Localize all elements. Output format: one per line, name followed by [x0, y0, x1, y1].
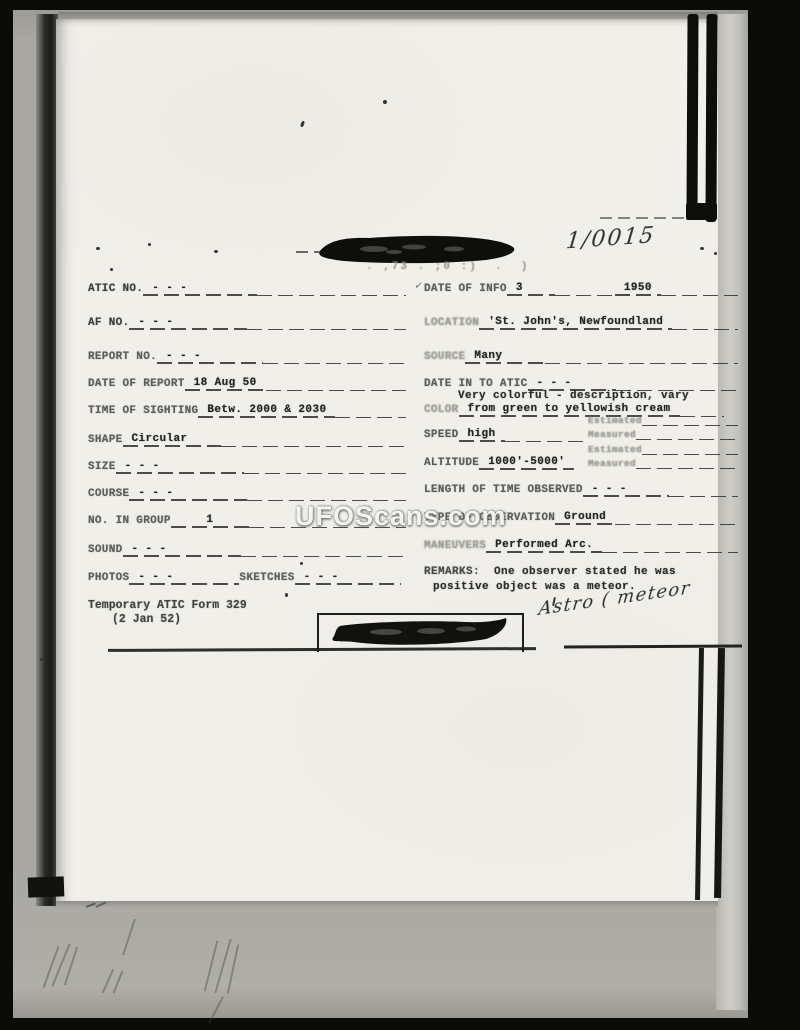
binder-mark-top-join: [686, 203, 717, 220]
field-underline: - - -: [143, 281, 257, 296]
binder-mark-top-left-bar: [686, 14, 698, 218]
page-bottom-edge-shadow: [56, 901, 718, 907]
form-name-line2: (2 Jan 52): [112, 612, 181, 627]
field-time-of-sighting: TIME OF SIGHTING Betw. 2000 & 2030: [88, 403, 406, 418]
binder-mark-top-right-bar: [705, 14, 717, 222]
field-label: ATIC NO.: [88, 282, 143, 296]
field-shape: SHAPE Circular: [88, 432, 406, 447]
field-location: LOCATION 'St. John's, Newfoundland: [424, 315, 738, 330]
corner-ink-mark: [28, 876, 65, 897]
qualifier-measured-1: Measured: [588, 428, 738, 440]
field-photos-sketches: PHOTOS - - - SKETCHES - - -: [88, 570, 406, 585]
check-mark: ✓: [414, 278, 423, 294]
remarks-line1: One observer stated he was: [494, 565, 676, 579]
field-speed: SPEED high: [424, 427, 589, 442]
qualifier-measured-2: Measured: [588, 457, 738, 469]
field-underline-tail: [257, 295, 406, 296]
color-description-line1: Very colorful - description, vary: [458, 389, 689, 403]
field-course: COURSE - - -: [88, 486, 406, 501]
field-size: SIZE - - -: [88, 459, 406, 474]
qualifier-estimated-1: Estimated: [588, 414, 738, 426]
remarks-label: REMARKS:: [424, 565, 480, 579]
watermark: UFOScans.com: [295, 500, 507, 532]
page-left-gap-shadow: [36, 14, 58, 906]
field-value: - - -: [152, 282, 187, 294]
field-date-of-info: DATE OF INFO 3 1950: [424, 281, 738, 296]
scanned-document-frame: . ,73 . ;0 :) . ) 1/0015 ATIC NO. - - - …: [0, 0, 800, 1030]
redaction-mark-bottom: [326, 616, 511, 650]
field-maneuvers: MANEUVERS Performed Arc.: [424, 538, 738, 553]
field-length-observed: LENGTH OF TIME OBSERVED - - -: [424, 482, 738, 497]
field-altitude: ALTITUDE 1000'-5000': [424, 455, 596, 470]
dash-artifact-line: [600, 217, 686, 219]
faded-heading-fragment: . ,73 . ;0 :) . ): [366, 261, 529, 274]
field-date-of-report: DATE OF REPORT 18 Aug 50: [88, 376, 406, 391]
field-atic-no: ATIC NO. - - -: [88, 281, 406, 296]
field-report-no: REPORT NO. - - -: [88, 349, 406, 364]
form-name-line1: Temporary ATIC Form 329: [88, 598, 247, 613]
field-sound: SOUND - - -: [88, 542, 406, 557]
field-source: SOURCE Many: [424, 349, 738, 364]
stray-line-artifact: [296, 251, 320, 253]
qualifier-estimated-2: Estimated: [588, 443, 738, 455]
field-af-no: AF NO. - - -: [88, 315, 406, 330]
